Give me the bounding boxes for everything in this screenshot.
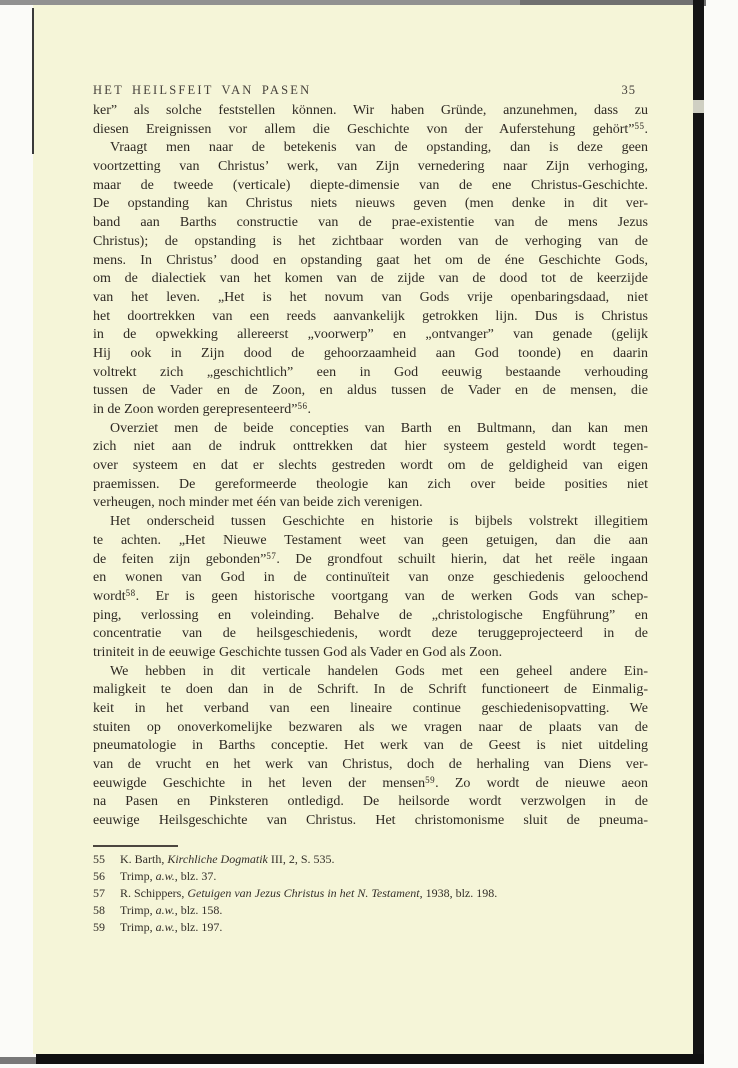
text-line: om de dialectiek van het komen van de zi…: [93, 270, 648, 289]
text-run: , blz. 197.: [175, 920, 223, 934]
text-line: van het leven. „Het is het novum van God…: [93, 289, 648, 308]
text-line: in de Zoon worden gerepresenteerd”56.: [93, 401, 648, 420]
footnote-text: K. Barth, Kirchliche Dogmatik III, 2, S.…: [120, 851, 653, 868]
text-line: na Pasen en Pinksteren ontledigd. De hei…: [93, 793, 648, 812]
header-title: HET HEILSFEIT VAN PASEN: [93, 83, 311, 97]
text-run: het doortrekken van een reeds aanvankeli…: [93, 309, 648, 324]
text-line: band aan Barths constructie van de prae-…: [93, 214, 648, 233]
text-line: te achten. „Het Nieuwe Testament weet va…: [93, 532, 648, 551]
text-run: eeuwige Heilsgeschichte van Christus. He…: [93, 813, 648, 828]
footnotes: 55K. Barth, Kirchliche Dogmatik III, 2, …: [93, 851, 653, 936]
text-run: triniteit in de eeuwige Geschichte tusse…: [93, 645, 502, 660]
text-run: van het leven. „Het is het novum van God…: [93, 290, 648, 305]
text-line: voltrekt zich „geschichtlich” een in God…: [93, 364, 648, 383]
text-run: Trimp,: [120, 903, 156, 917]
italic-text: a.w.: [156, 920, 175, 934]
text-run: van de vrucht en het werk van Christus, …: [93, 757, 648, 772]
footnote-item: 57R. Schippers, Getuigen van Jezus Chris…: [93, 885, 653, 902]
footnote-text: R. Schippers, Getuigen van Jezus Christu…: [120, 885, 653, 902]
footnote-item: 56Trimp, a.w., blz. 37.: [93, 868, 653, 885]
text-line: verheugen, noch minder met één van beide…: [93, 494, 648, 513]
text-line: in de opwekking allereerst „voorwerp” en…: [93, 326, 648, 345]
text-run: verheugen, noch minder met één van beide…: [93, 495, 423, 510]
italic-text: a.w.: [156, 903, 175, 917]
text-run: diesen Ereignissen vor allem die Geschic…: [93, 122, 635, 137]
footnote-ref: 59: [425, 775, 435, 785]
italic-text: a.w.: [156, 869, 175, 883]
text-run: keit in het verband van een lineaire con…: [93, 701, 648, 716]
text-run: . De grondfout schuilt hierin, dat het r…: [276, 552, 648, 567]
text-run: band aan Barths constructie van de prae-…: [93, 215, 648, 230]
text-line: mens. In Christus’ dood en opstanding ga…: [93, 252, 648, 271]
text-line: pneumatologie in Barths conceptie. Het w…: [93, 737, 648, 756]
text-line: stuiten op onoverkomelijke bezwaren als …: [93, 719, 648, 738]
footnote-item: 55K. Barth, Kirchliche Dogmatik III, 2, …: [93, 851, 653, 868]
text-run: .: [645, 122, 649, 137]
footnote-ref: 58: [126, 588, 136, 598]
text-run: pneumatologie in Barths conceptie. Het w…: [93, 738, 648, 753]
text-run: na Pasen en Pinksteren ontledigd. De hei…: [93, 794, 648, 809]
text-line: triniteit in de eeuwige Geschichte tusse…: [93, 644, 648, 663]
text-run: K. Barth,: [120, 852, 167, 866]
text-run: Het onderscheid tussen Geschichte en his…: [110, 514, 648, 529]
footnote-text: Trimp, a.w., blz. 197.: [120, 919, 653, 936]
text-run: Christus); de opstanding is het zichtbaa…: [93, 234, 648, 249]
footnote-text: Trimp, a.w., blz. 158.: [120, 902, 653, 919]
body-text: ker” als solche feststellen können. Wir …: [93, 102, 648, 831]
text-run: voltrekt zich „geschichtlich” een in God…: [93, 365, 648, 380]
footnote-ref: 56: [297, 401, 307, 411]
text-run: praemissen. De gereformeerde theologie k…: [93, 477, 648, 492]
text-line: keit in het verband van een lineaire con…: [93, 700, 648, 719]
text-run: eeuwigde Geschichte in het leven der men…: [93, 776, 425, 791]
text-line: van de vrucht en het werk van Christus, …: [93, 756, 648, 775]
footnote-number: 59: [93, 919, 120, 936]
text-line: Overziet men de beide concepties van Bar…: [93, 420, 648, 439]
text-line: eeuwigde Geschichte in het leven der men…: [93, 775, 648, 794]
text-line: Vraagt men naar de betekenis van de opst…: [93, 139, 648, 158]
text-run: .: [307, 402, 311, 417]
text-line: We hebben in dit verticale handelen Gods…: [93, 663, 648, 682]
text-run: De opstanding kan Christus niets nieuws …: [93, 196, 648, 211]
text-line: en wonen van God in de continuïteit van …: [93, 569, 648, 588]
footnote-item: 59Trimp, a.w., blz. 197.: [93, 919, 653, 936]
text-run: Trimp,: [120, 920, 156, 934]
text-run: Overziet men de beide concepties van Bar…: [110, 421, 648, 436]
text-run: te achten. „Het Nieuwe Testament weet va…: [93, 533, 648, 548]
text-line: praemissen. De gereformeerde theologie k…: [93, 476, 648, 495]
italic-text: Kirchliche Dogmatik: [167, 852, 268, 866]
scan-edge-right-notch: [693, 100, 704, 113]
text-run: de feiten zijn gebonden”: [93, 552, 266, 567]
text-line: wordt58. Er is geen historische voortgan…: [93, 588, 648, 607]
text-line: De opstanding kan Christus niets nieuws …: [93, 195, 648, 214]
text-run: mens. In Christus’ dood en opstanding ga…: [93, 253, 648, 268]
text-run: wordt: [93, 589, 126, 604]
text-line: maar de tweede (verticale) diepte-dimens…: [93, 177, 648, 196]
text-line: over systeem en dat er slechts gestreden…: [93, 457, 648, 476]
text-run: . Er is geen historische voortgang van d…: [136, 589, 648, 604]
text-run: stuiten op onoverkomelijke bezwaren als …: [93, 720, 648, 735]
text-run: zich niet aan de indruk onttrekken dat h…: [93, 439, 648, 454]
page-number: 35: [622, 83, 637, 97]
text-run: , blz. 158.: [175, 903, 223, 917]
text-run: We hebben in dit verticale handelen Gods…: [110, 664, 648, 679]
italic-text: Getuigen van Jezus Christus in het N. Te…: [187, 886, 419, 900]
text-line: maligkeit te doen dan in de Schrift. In …: [93, 681, 648, 700]
text-line: tussen de Vader en de Zoon, en aldus tus…: [93, 382, 648, 401]
text-run: ker” als solche feststellen können. Wir …: [93, 103, 648, 118]
text-run: Hij ook in Zijn dood de gehoorzaamheid a…: [93, 346, 648, 361]
text-line: eeuwige Heilsgeschichte van Christus. He…: [93, 812, 648, 831]
footnote-text: Trimp, a.w., blz. 37.: [120, 868, 653, 885]
footnote-separator-rule: [93, 845, 178, 847]
text-run: om de dialectiek van het komen van de zi…: [93, 271, 648, 286]
scanned-book-page: HET HEILSFEIT VAN PASEN 35 ker” als solc…: [0, 0, 738, 1068]
text-line: voortzetting van Christus’ werk, van Zij…: [93, 158, 648, 177]
footnote-number: 57: [93, 885, 120, 902]
text-line: de feiten zijn gebonden”57. De grondfout…: [93, 551, 648, 570]
text-run: , 1938, blz. 198.: [420, 886, 498, 900]
text-run: concentratie van de heilsgeschiedenis, w…: [93, 626, 648, 641]
text-run: in de Zoon worden gerepresenteerd”: [93, 402, 297, 417]
text-line: Hij ook in Zijn dood de gehoorzaamheid a…: [93, 345, 648, 364]
scan-edge-right: [693, 0, 704, 1064]
text-run: voortzetting van Christus’ werk, van Zij…: [93, 159, 648, 174]
scan-left-line: [32, 8, 34, 154]
text-run: Vraagt men naar de betekenis van de opst…: [110, 140, 648, 155]
text-line: Het onderscheid tussen Geschichte en his…: [93, 513, 648, 532]
footnote-ref: 57: [266, 551, 276, 561]
text-line: diesen Ereignissen vor allem die Geschic…: [93, 121, 648, 140]
text-line: concentratie van de heilsgeschiedenis, w…: [93, 625, 648, 644]
text-run: . Zo wordt de nieuwe aeon: [435, 776, 648, 791]
text-run: R. Schippers,: [120, 886, 187, 900]
text-line: ker” als solche feststellen können. Wir …: [93, 102, 648, 121]
text-run: ping, verlossing en voleinding. Behalve …: [93, 608, 648, 623]
footnote-number: 55: [93, 851, 120, 868]
running-header: HET HEILSFEIT VAN PASEN 35: [93, 83, 648, 97]
text-run: Trimp,: [120, 869, 156, 883]
footnote-number: 58: [93, 902, 120, 919]
text-run: , blz. 37.: [175, 869, 217, 883]
text-run: III, 2, S. 535.: [268, 852, 335, 866]
text-run: tussen de Vader en de Zoon, en aldus tus…: [93, 383, 648, 398]
footnote-ref: 55: [635, 121, 645, 131]
text-run: en wonen van God in de continuïteit van …: [93, 570, 648, 585]
text-run: over systeem en dat er slechts gestreden…: [93, 458, 648, 473]
scan-edge-bottom: [36, 1054, 704, 1064]
text-line: zich niet aan de indruk onttrekken dat h…: [93, 438, 648, 457]
footnote-item: 58Trimp, a.w., blz. 158.: [93, 902, 653, 919]
text-line: het doortrekken van een reeds aanvankeli…: [93, 308, 648, 327]
text-line: Christus); de opstanding is het zichtbaa…: [93, 233, 648, 252]
text-run: maligkeit te doen dan in de Schrift. In …: [93, 682, 648, 697]
scan-edge-bottom-left: [0, 1057, 36, 1064]
footnote-number: 56: [93, 868, 120, 885]
text-run: in de opwekking allereerst „voorwerp” en…: [93, 327, 648, 342]
text-run: maar de tweede (verticale) diepte-dimens…: [93, 178, 648, 193]
text-line: ping, verlossing en voleinding. Behalve …: [93, 607, 648, 626]
